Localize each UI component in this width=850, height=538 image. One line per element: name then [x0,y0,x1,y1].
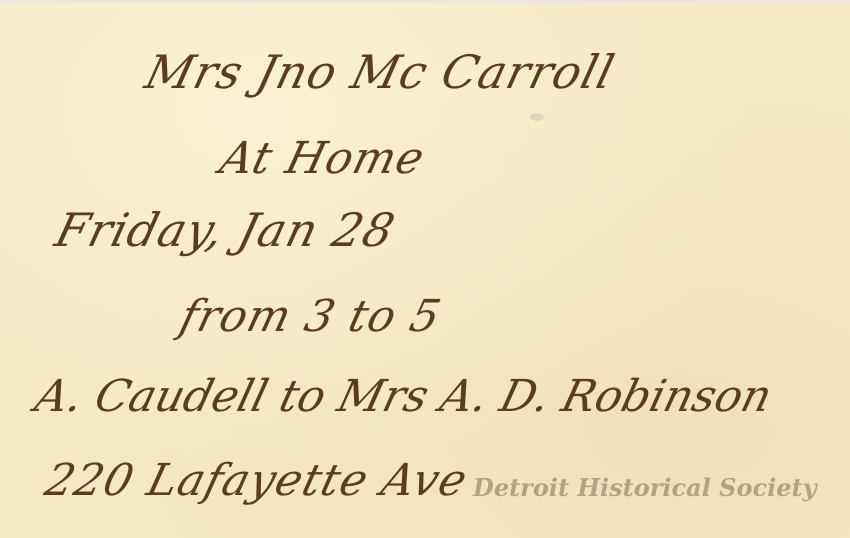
card-line-date: Friday, Jan 28 [50,203,401,257]
card-line-at-home: At Home [215,133,430,184]
card-line-address: 220 Lafayette Ave [40,455,473,506]
paper-blemish [530,113,544,121]
calling-card: Mrs Jno Mc Carroll At Home Friday, Jan 2… [0,0,850,538]
card-line-time: from 3 to 5 [175,291,446,342]
watermark: Detroit Historical Society [473,473,817,502]
card-line-addressee: A. Caudell to Mrs A. D. Robinson [30,371,777,422]
card-line-name: Mrs Jno Mc Carroll [140,45,620,99]
